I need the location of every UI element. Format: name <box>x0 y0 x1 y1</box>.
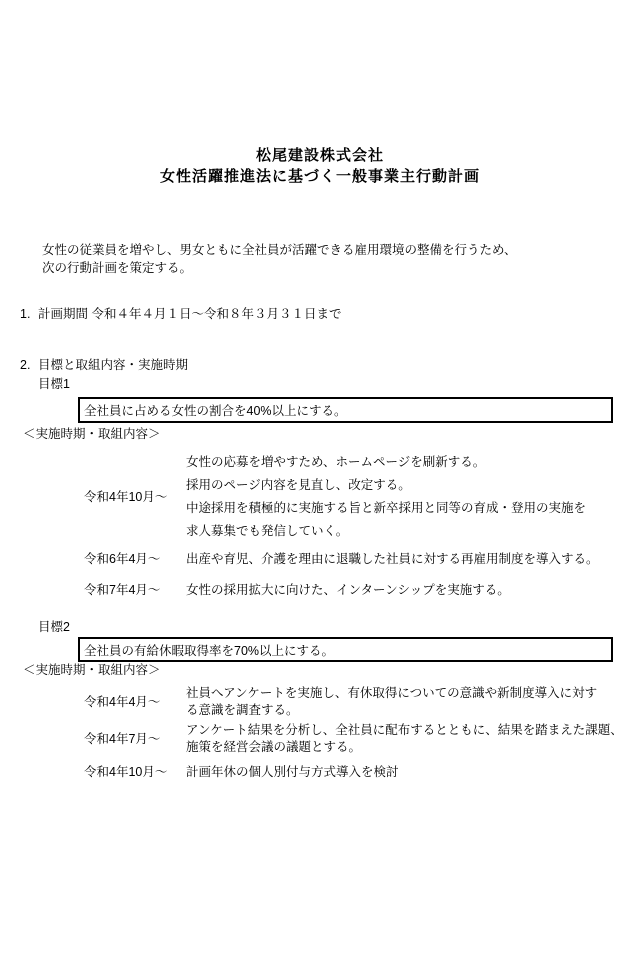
schedule-period: 令和4年10月～ <box>84 489 186 506</box>
schedule-period: 令和4年10月～ <box>84 764 186 781</box>
schedule-content: 出産や育児、介護を理由に退職した社員に対する再雇用制度を導入する。 <box>186 548 599 571</box>
schedule-content: 計画年休の個人別付与方式導入を検討 <box>186 764 399 781</box>
schedule-line: 中途採用を積極的に実施する旨と新卒採用と同等の育成・登用の実施を <box>186 497 586 520</box>
schedule-row: 令和4年10月～ 女性の応募を増やすため、ホームページを刷新する。 採用のページ… <box>84 451 630 543</box>
company-name: 松尾建設株式会社 <box>0 145 640 166</box>
goal-2-label: 目標2 <box>38 619 70 636</box>
goal-2-schedule-heading: ＜実施時期・取組内容＞ <box>23 662 161 679</box>
goal-1-schedule-heading: ＜実施時期・取組内容＞ <box>23 426 161 443</box>
goal-2-target-box: 全社員の有給休暇取得率を70%以上にする。 <box>78 637 613 662</box>
schedule-content: アンケート結果を分析し、全社員に配布するとともに、結果を踏まえた課題、 施策を経… <box>186 722 623 756</box>
goal-2-target-text: 全社員の有給休暇取得率を70%以上にする。 <box>84 641 334 659</box>
schedule-period: 令和4年4月～ <box>84 694 186 711</box>
schedule-line: 求人募集でも発信していく。 <box>186 520 586 543</box>
section-plan-period: 1. 計画期間 令和４年４月１日～令和８年３月３１日まで <box>20 306 341 323</box>
schedule-content: 女性の応募を増やすため、ホームページを刷新する。 採用のページ内容を見直し、改定… <box>186 451 586 543</box>
intro-paragraph: 女性の従業員を増やし、男女ともに全社員が活躍できる雇用環境の整備を行うため、 次… <box>42 241 582 277</box>
schedule-line: 採用のページ内容を見直し、改定する。 <box>186 474 586 497</box>
schedule-line: アンケート結果を分析し、全社員に配布するとともに、結果を踏まえた課題、 <box>186 722 623 739</box>
intro-line-2: 次の行動計画を策定する。 <box>42 261 192 275</box>
schedule-period: 令和7年4月～ <box>84 582 186 599</box>
goal-1-label: 目標1 <box>38 376 70 393</box>
schedule-row: 令和4年7月～ アンケート結果を分析し、全社員に配布するとともに、結果を踏まえた… <box>84 722 630 756</box>
schedule-period: 令和6年4月～ <box>84 551 186 568</box>
goal-1-target-box: 全社員に占める女性の割合を40%以上にする。 <box>78 397 613 423</box>
section-plan-period-number: 1. <box>20 306 38 323</box>
schedule-line: 社員へアンケートを実施し、有休取得についての意識や新制度導入に対す <box>186 685 597 702</box>
document-title: 松尾建設株式会社 女性活躍推進法に基づく一般事業主行動計画 <box>0 145 640 187</box>
document-page: 松尾建設株式会社 女性活躍推進法に基づく一般事業主行動計画 女性の従業員を増やし… <box>0 0 640 960</box>
schedule-line: 施策を経営会議の議題とする。 <box>186 739 623 756</box>
schedule-row: 令和4年10月～ 計画年休の個人別付与方式導入を検討 <box>84 764 630 781</box>
schedule-line: 出産や育児、介護を理由に退職した社員に対する再雇用制度を導入する。 <box>186 548 599 571</box>
goal-2-schedule-table: 令和4年4月～ 社員へアンケートを実施し、有休取得についての意識や新制度導入に対… <box>84 685 630 781</box>
section-goals-header-text: 目標と取組内容・実施時期 <box>38 357 188 374</box>
section-goals-header: 2. 目標と取組内容・実施時期 <box>20 357 188 374</box>
schedule-row: 令和4年4月～ 社員へアンケートを実施し、有休取得についての意識や新制度導入に対… <box>84 685 630 719</box>
schedule-row: 令和6年4月～ 出産や育児、介護を理由に退職した社員に対する再雇用制度を導入する… <box>84 548 630 571</box>
intro-line-1: 女性の従業員を増やし、男女ともに全社員が活躍できる雇用環境の整備を行うため、 <box>42 243 517 257</box>
schedule-line: 女性の応募を増やすため、ホームページを刷新する。 <box>186 451 586 474</box>
section-goals-header-number: 2. <box>20 357 38 374</box>
goal-1-target-text: 全社員に占める女性の割合を40%以上にする。 <box>84 401 347 419</box>
schedule-line: 女性の採用拡大に向けた、インターンシップを実施する。 <box>186 579 510 602</box>
schedule-period: 令和4年7月～ <box>84 731 186 748</box>
goal-1-schedule-table: 令和4年10月～ 女性の応募を増やすため、ホームページを刷新する。 採用のページ… <box>84 451 630 602</box>
schedule-line: る意識を調査する。 <box>186 702 597 719</box>
schedule-row: 令和7年4月～ 女性の採用拡大に向けた、インターンシップを実施する。 <box>84 579 630 602</box>
section-plan-period-text: 計画期間 令和４年４月１日～令和８年３月３１日まで <box>38 306 341 323</box>
schedule-content: 社員へアンケートを実施し、有休取得についての意識や新制度導入に対す る意識を調査… <box>186 685 597 719</box>
schedule-line: 計画年休の個人別付与方式導入を検討 <box>186 764 399 781</box>
plan-title: 女性活躍推進法に基づく一般事業主行動計画 <box>0 166 640 187</box>
schedule-content: 女性の採用拡大に向けた、インターンシップを実施する。 <box>186 579 510 602</box>
